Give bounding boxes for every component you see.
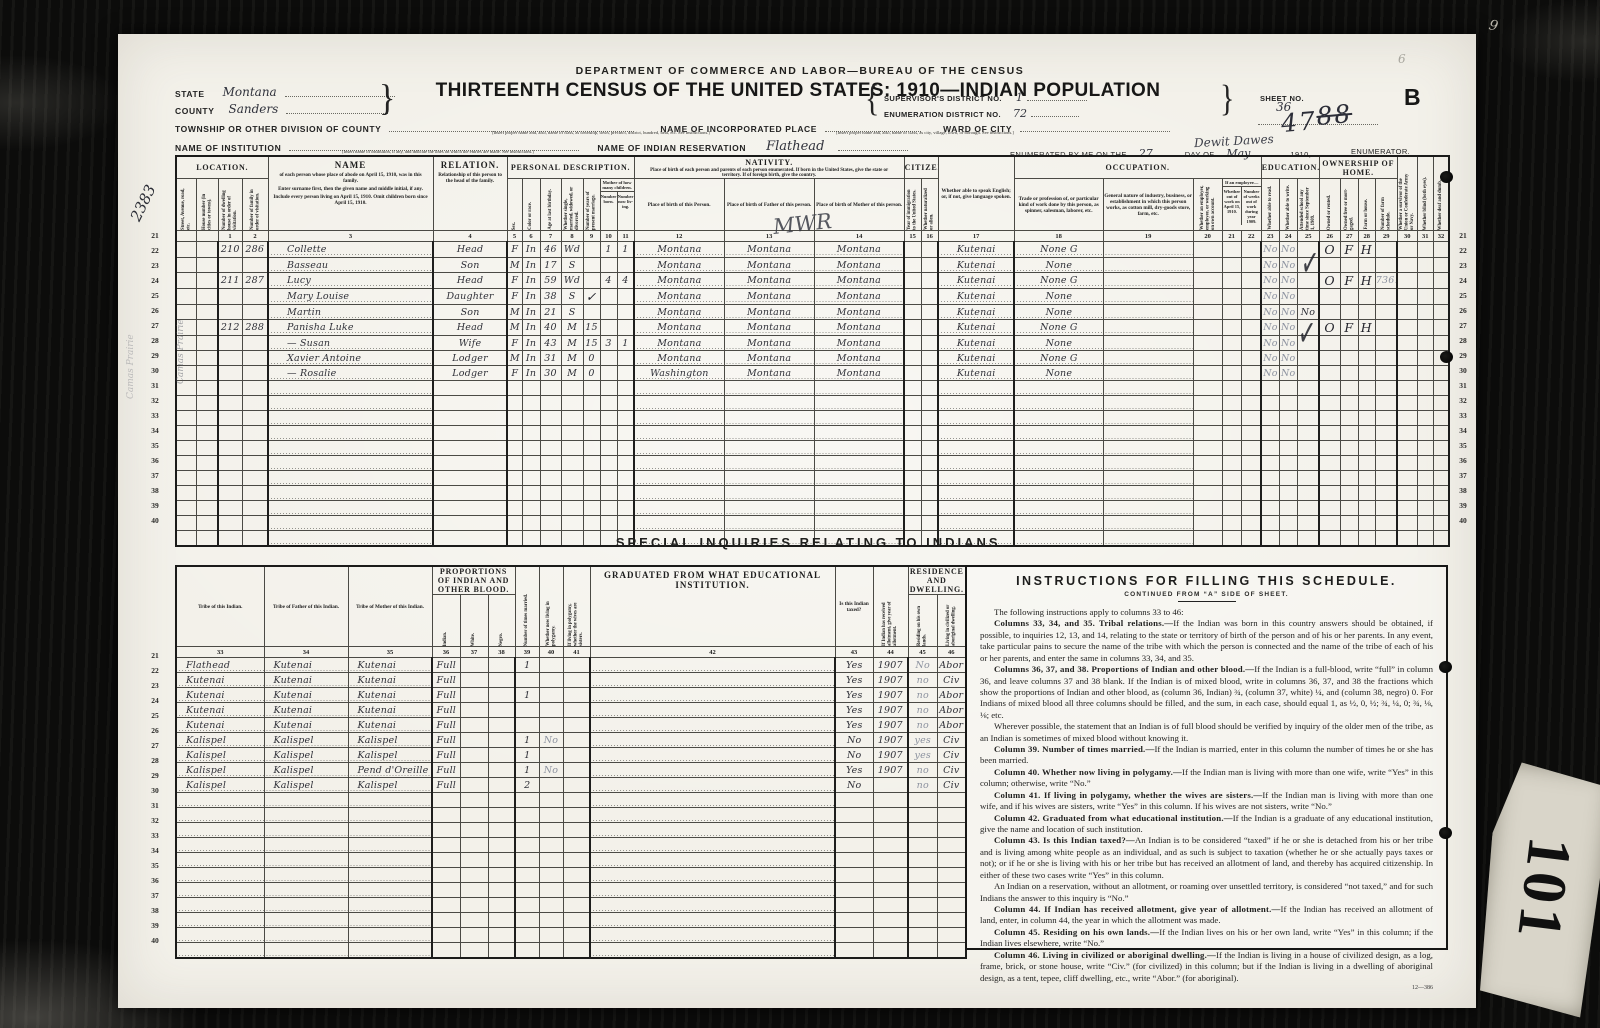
column-number: 12 xyxy=(634,231,724,242)
cell: In xyxy=(522,336,540,351)
row-number: 24 xyxy=(146,276,164,291)
cell xyxy=(507,426,522,441)
cell xyxy=(1222,305,1241,320)
cell xyxy=(1279,486,1297,501)
cell xyxy=(242,426,268,441)
row-number: 24 xyxy=(146,696,164,711)
column-number: 28 xyxy=(1358,231,1375,242)
cell xyxy=(561,501,583,516)
reservation-label: NAME OF INDIAN RESERVATION xyxy=(597,143,746,153)
township-label: TOWNSHIP OR OTHER DIVISION OF COUNTY xyxy=(175,124,381,134)
cell xyxy=(1241,366,1261,381)
cell: F xyxy=(507,289,522,305)
column-number: 31 xyxy=(1417,231,1433,242)
cell xyxy=(904,305,921,320)
cell xyxy=(1358,501,1375,516)
cell xyxy=(1340,411,1358,426)
cell xyxy=(1433,501,1449,516)
row-number: 30 xyxy=(146,786,164,801)
cell xyxy=(1375,396,1397,411)
cell xyxy=(590,898,835,913)
cell xyxy=(724,441,814,456)
cell xyxy=(904,336,921,351)
cell xyxy=(1193,336,1222,351)
cell xyxy=(563,778,590,793)
cell xyxy=(1358,351,1375,366)
cell: Daughter xyxy=(433,289,507,305)
cell xyxy=(590,718,835,733)
cell xyxy=(1319,426,1340,441)
instruction-paragraph: Columns 36, 37, and 38. Proportions of I… xyxy=(980,664,1433,721)
cell xyxy=(1241,381,1261,396)
cell xyxy=(1375,336,1397,351)
cell xyxy=(540,411,561,426)
cell xyxy=(218,456,242,471)
cell: Full xyxy=(432,733,460,748)
cell xyxy=(921,501,938,516)
cell xyxy=(176,808,264,823)
cell xyxy=(242,456,268,471)
cell: no xyxy=(908,718,937,733)
cell xyxy=(583,426,600,441)
cell xyxy=(563,943,590,958)
cell xyxy=(176,426,196,441)
cell xyxy=(433,456,507,471)
table-row: Xavier AntoineLodgerMIn31M0MontanaMontan… xyxy=(176,351,1449,366)
pencil-checkmark: ✓ xyxy=(1300,242,1320,283)
cell xyxy=(590,703,835,718)
cell xyxy=(1222,396,1241,411)
cell: 1907 xyxy=(873,763,908,778)
cell xyxy=(600,258,617,273)
cell xyxy=(268,381,433,396)
cell xyxy=(1241,396,1261,411)
cell: 15 xyxy=(583,320,600,336)
cell xyxy=(938,441,1014,456)
cell xyxy=(938,501,1014,516)
cell xyxy=(600,411,617,426)
column-header: RELATION.Relationship of this per­son to… xyxy=(433,156,507,231)
cell xyxy=(634,441,724,456)
sheet-hw-47: 47 xyxy=(1280,106,1318,138)
cell xyxy=(873,883,908,898)
row-number: 37 xyxy=(146,471,164,486)
column-number: 38 xyxy=(488,647,515,658)
cell xyxy=(196,273,218,289)
cell xyxy=(904,242,921,258)
column-number: 19 xyxy=(1103,231,1193,242)
cell xyxy=(1397,351,1417,366)
sheet-hw-88-struck: 88 xyxy=(1315,99,1353,131)
cell: Montana xyxy=(634,305,724,320)
cell xyxy=(921,289,938,305)
cell xyxy=(921,273,938,289)
county-label: COUNTY xyxy=(175,106,215,116)
row-number: 26 xyxy=(1454,306,1472,321)
cell xyxy=(218,381,242,396)
cell xyxy=(460,808,488,823)
cell xyxy=(904,486,921,501)
cell xyxy=(460,898,488,913)
cell: Wd xyxy=(561,273,583,289)
cell: M xyxy=(561,366,583,381)
cell xyxy=(433,486,507,501)
column-header: Number of years of present marriage. xyxy=(583,179,600,231)
cell xyxy=(1222,411,1241,426)
column-header: LOCATION. xyxy=(176,156,268,179)
cell: Montana xyxy=(724,336,814,351)
cell xyxy=(1417,351,1433,366)
cell: 15 xyxy=(583,336,600,351)
cell: F xyxy=(507,242,522,258)
archive-page-number: 101 xyxy=(1501,833,1584,946)
cell xyxy=(539,688,563,703)
cell xyxy=(1241,242,1261,258)
table-row: Mary LouiseDaughterFIn38S✓MontanaMontana… xyxy=(176,289,1449,305)
cell xyxy=(617,381,634,396)
cell: F xyxy=(1340,320,1358,336)
cell: Montana xyxy=(814,305,904,320)
cell xyxy=(488,673,515,688)
cell xyxy=(1417,411,1433,426)
column-header: White. xyxy=(460,595,488,647)
cell xyxy=(814,381,904,396)
cell xyxy=(515,793,539,808)
hole-punch xyxy=(1439,827,1452,839)
cell xyxy=(1241,486,1261,501)
cell xyxy=(590,793,835,808)
cell xyxy=(507,441,522,456)
cell: Kutenai xyxy=(348,703,432,718)
cell xyxy=(1397,441,1417,456)
cell xyxy=(1417,501,1433,516)
column-header: Street, Avenue, road, etc. xyxy=(176,179,196,231)
cell xyxy=(1222,351,1241,366)
cell xyxy=(1417,320,1433,336)
cell xyxy=(507,396,522,411)
cell xyxy=(617,486,634,501)
cell xyxy=(460,793,488,808)
cell xyxy=(433,516,507,531)
cell xyxy=(561,471,583,486)
cell xyxy=(600,456,617,471)
cell: No xyxy=(1279,305,1297,320)
cell: Wd xyxy=(561,242,583,258)
cell xyxy=(583,411,600,426)
row-number: 31 xyxy=(146,801,164,816)
cell xyxy=(1103,366,1193,381)
pencil-checkmark: ✓ xyxy=(1297,312,1317,353)
cell xyxy=(590,868,835,883)
table-row xyxy=(176,943,966,958)
cell xyxy=(1433,516,1449,531)
cell xyxy=(348,883,432,898)
cell xyxy=(814,501,904,516)
cell: No xyxy=(1261,320,1279,336)
table-row: KutenaiKutenaiKutenaiFull1Yes1907noAbor xyxy=(176,688,966,703)
cell: Head xyxy=(433,320,507,336)
cell xyxy=(938,456,1014,471)
cell xyxy=(1340,471,1358,486)
table-row xyxy=(176,898,966,913)
cell: Montana xyxy=(814,336,904,351)
cell xyxy=(921,351,938,366)
cell: In xyxy=(522,351,540,366)
column-number: 33 xyxy=(176,647,264,658)
cell xyxy=(1319,516,1340,531)
cell: O xyxy=(1319,242,1340,258)
divider xyxy=(1178,601,1236,602)
margin-doc-number: 2383 xyxy=(127,182,160,224)
cell xyxy=(563,853,590,868)
cell xyxy=(218,516,242,531)
cell xyxy=(1358,381,1375,396)
column-header: Whether able to write. xyxy=(1279,179,1297,231)
cell xyxy=(348,928,432,943)
column-header: Tribe of Father of this Indian. xyxy=(264,566,348,647)
cell xyxy=(1103,305,1193,320)
cell: Civ xyxy=(937,778,966,793)
cell: 43 xyxy=(540,336,561,351)
cell: Kutenai xyxy=(176,673,264,688)
cell: 0 xyxy=(583,351,600,366)
cell: Full xyxy=(432,658,460,673)
cell xyxy=(460,913,488,928)
cell xyxy=(617,305,634,320)
cell xyxy=(634,471,724,486)
cell xyxy=(1193,351,1222,366)
cell: Montana xyxy=(634,242,724,258)
cell xyxy=(563,928,590,943)
cell xyxy=(921,411,938,426)
cell xyxy=(1241,441,1261,456)
cell xyxy=(1193,426,1222,441)
cell xyxy=(937,898,966,913)
cell xyxy=(539,838,563,853)
cell xyxy=(835,898,873,913)
column-header: OWNERSHIP OF HOME. xyxy=(1319,156,1397,179)
cell xyxy=(522,456,540,471)
cell xyxy=(1103,486,1193,501)
cell xyxy=(1358,411,1375,426)
cell: Kalispel xyxy=(264,778,348,793)
cell xyxy=(218,486,242,501)
column-header: Number of times mar­ried. xyxy=(515,566,539,647)
cell xyxy=(348,853,432,868)
cell xyxy=(176,411,196,426)
column-number: 37 xyxy=(460,647,488,658)
cell xyxy=(617,320,634,336)
cell xyxy=(1358,426,1375,441)
cell: Kutenai xyxy=(176,688,264,703)
column-number: 11 xyxy=(617,231,634,242)
cell xyxy=(515,853,539,868)
column-header: House number (in cities or towns). xyxy=(196,179,218,231)
cell xyxy=(1375,486,1397,501)
cell xyxy=(563,748,590,763)
cell xyxy=(1397,471,1417,486)
cell xyxy=(563,658,590,673)
cell xyxy=(1261,471,1279,486)
cell: no xyxy=(908,778,937,793)
cell xyxy=(196,289,218,305)
cell: Flathead xyxy=(176,658,264,673)
instruction-paragraph: Column 40. Whether now living in polygam… xyxy=(980,767,1433,790)
cell: Montana xyxy=(724,305,814,320)
column-number: 2 xyxy=(242,231,268,242)
cell xyxy=(218,305,242,320)
cell xyxy=(908,793,937,808)
cell xyxy=(1241,336,1261,351)
cell xyxy=(1319,289,1340,305)
cell: None xyxy=(1014,258,1103,273)
cell xyxy=(835,838,873,853)
column-header: Tribe of this Indian. xyxy=(176,566,264,647)
cell xyxy=(600,426,617,441)
cell xyxy=(264,823,348,838)
cell xyxy=(1319,396,1340,411)
cell: Lodger xyxy=(433,351,507,366)
row-number: 22 xyxy=(146,246,164,261)
special-inquiries-title: SPECIAL INQUIRIES RELATING TO INDIANS. xyxy=(175,535,1448,550)
cell xyxy=(268,501,433,516)
cell xyxy=(176,913,264,928)
cell xyxy=(1417,456,1433,471)
column-header: Tribe of Mother of this Indian. xyxy=(348,566,432,647)
cell: Xavier Antoine xyxy=(268,351,433,366)
cell: Son xyxy=(433,305,507,320)
cell xyxy=(539,793,563,808)
cell xyxy=(1222,471,1241,486)
vertical-margin-note: Camas Prairie xyxy=(126,269,136,399)
cell xyxy=(507,456,522,471)
cell: Civ xyxy=(937,763,966,778)
cell: Abor xyxy=(937,658,966,673)
row-number: 35 xyxy=(1454,441,1472,456)
cell xyxy=(507,381,522,396)
cell: In xyxy=(522,289,540,305)
cell xyxy=(835,823,873,838)
cell xyxy=(515,673,539,688)
cell: Kalispel xyxy=(176,748,264,763)
cell xyxy=(460,673,488,688)
cell xyxy=(1103,289,1193,305)
cell xyxy=(264,883,348,898)
cell xyxy=(460,868,488,883)
cell: Kutenai xyxy=(348,688,432,703)
cell: 1907 xyxy=(873,688,908,703)
cell xyxy=(264,793,348,808)
cell xyxy=(1319,381,1340,396)
cell xyxy=(937,928,966,943)
column-header: Negro. xyxy=(488,595,515,647)
scanned-census-sheet: DEPARTMENT OF COMMERCE AND LABOR—BUREAU … xyxy=(0,0,1600,1028)
row-number-rail-left: 2122232425262728293031323334353637383940 xyxy=(146,231,164,531)
cell xyxy=(1358,289,1375,305)
cell xyxy=(1014,516,1103,531)
cell xyxy=(600,441,617,456)
column-header: If an employee—Wheth­er out of work on A… xyxy=(1222,179,1261,231)
cell xyxy=(590,943,835,958)
row-number: 35 xyxy=(146,441,164,456)
cell xyxy=(460,703,488,718)
cell xyxy=(590,853,835,868)
cell: In xyxy=(522,242,540,258)
cell xyxy=(908,943,937,958)
cell: Kalispel xyxy=(176,733,264,748)
column-header: Whether able to read. xyxy=(1261,179,1279,231)
cell xyxy=(873,838,908,853)
instruction-paragraph: Column 42. Graduated from what education… xyxy=(980,813,1433,836)
column-header: Color or race. xyxy=(522,179,540,231)
cell: 1 xyxy=(515,733,539,748)
cell xyxy=(921,258,938,273)
cell xyxy=(1103,516,1193,531)
cell xyxy=(1222,516,1241,531)
cell xyxy=(515,928,539,943)
cell: no xyxy=(908,703,937,718)
cell xyxy=(1433,273,1449,289)
cell xyxy=(539,703,563,718)
row-number: 33 xyxy=(1454,411,1472,426)
row-number: 40 xyxy=(146,936,164,951)
table-row xyxy=(176,928,966,943)
cell xyxy=(488,748,515,763)
cell xyxy=(1193,501,1222,516)
cell: Full xyxy=(432,703,460,718)
cell xyxy=(904,289,921,305)
row-number: 33 xyxy=(146,411,164,426)
table-row xyxy=(176,456,1449,471)
cell xyxy=(600,366,617,381)
cell: Lodger xyxy=(433,366,507,381)
cell xyxy=(873,808,908,823)
cell xyxy=(1297,381,1319,396)
cell xyxy=(1319,486,1340,501)
cell xyxy=(515,883,539,898)
cell xyxy=(563,673,590,688)
cell xyxy=(242,289,268,305)
row-number: 26 xyxy=(146,726,164,741)
cell: 1907 xyxy=(873,673,908,688)
cell xyxy=(561,456,583,471)
table-row: — SusanWifeFIn43M1531MontanaMontanaMonta… xyxy=(176,336,1449,351)
cell xyxy=(460,943,488,958)
cell xyxy=(1433,289,1449,305)
cell xyxy=(904,351,921,366)
table-row xyxy=(176,853,966,868)
cell xyxy=(1279,516,1297,531)
cell xyxy=(1417,516,1433,531)
cell: No xyxy=(1279,273,1297,289)
instructions-title: INSTRUCTIONS FOR FILLING THIS SCHEDULE. xyxy=(980,574,1433,588)
cell xyxy=(563,688,590,703)
column-header: Whether blind (both eyes). xyxy=(1417,156,1433,231)
cell: Head xyxy=(433,273,507,289)
cell xyxy=(1297,396,1319,411)
instructions-subtitle: CONTINUED FROM “A” SIDE OF SHEET. xyxy=(980,591,1433,598)
cell xyxy=(522,471,540,486)
cell xyxy=(1397,411,1417,426)
cell xyxy=(176,898,264,913)
cell xyxy=(938,396,1014,411)
column-number: 29 xyxy=(1375,231,1397,242)
cell xyxy=(600,289,617,305)
row-number: 34 xyxy=(1454,426,1472,441)
column-header: Is this Indian taxed? xyxy=(835,566,873,647)
cell: Kutenai xyxy=(264,673,348,688)
cell xyxy=(1279,471,1297,486)
